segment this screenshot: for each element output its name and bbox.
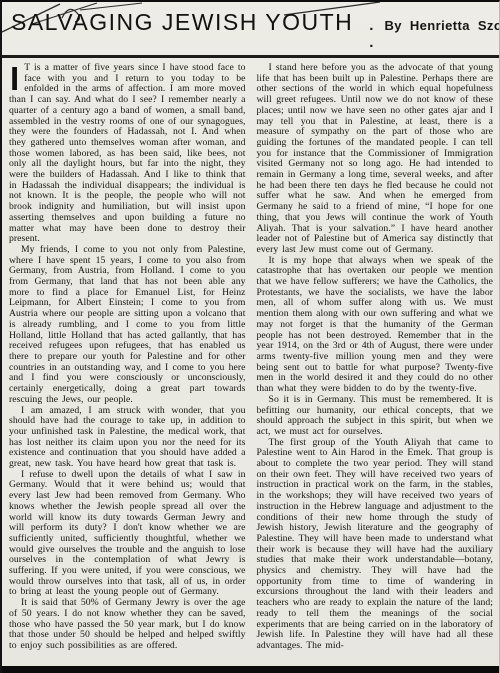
paragraph-1-text: T is a matter of five years since I have… — [9, 62, 246, 244]
right-column: I stand here before you as the advocate … — [257, 63, 494, 652]
article-title: SALVAGING JEWISH YOUTH — [11, 9, 353, 36]
drop-cap: I — [10, 64, 19, 94]
scanned-article-page: SALVAGING JEWISH YOUTH . . By Henrietta … — [0, 0, 500, 673]
title-dots: . . — [369, 17, 384, 51]
paragraph-5: It is said that 50% of Germany Jewry is … — [9, 598, 246, 652]
page-bottom-edge — [2, 666, 499, 673]
paragraph-7: It is my hope that always when we speak … — [257, 256, 494, 395]
paragraph-6: I stand here before you as the advocate … — [257, 63, 494, 256]
paragraph-2: My friends, I come to you not only from … — [9, 245, 246, 406]
paragraph-4: I refuse to dwell upon the details of wh… — [9, 470, 246, 598]
paragraph-1: IT is a matter of five years since I hav… — [9, 63, 246, 245]
byline: By Henrietta Szold — [384, 18, 500, 33]
paragraph-9: The first group of the Youth Aliyah that… — [257, 438, 494, 652]
article-body: IT is a matter of five years since I hav… — [2, 58, 499, 652]
left-column: IT is a matter of five years since I hav… — [9, 63, 246, 652]
paragraph-3: I am amazed, I am struck with wonder, th… — [9, 406, 246, 470]
paragraph-8: So it is in Germany. This must be rememb… — [257, 395, 494, 438]
article-header: SALVAGING JEWISH YOUTH . . By Henrietta … — [2, 2, 499, 51]
